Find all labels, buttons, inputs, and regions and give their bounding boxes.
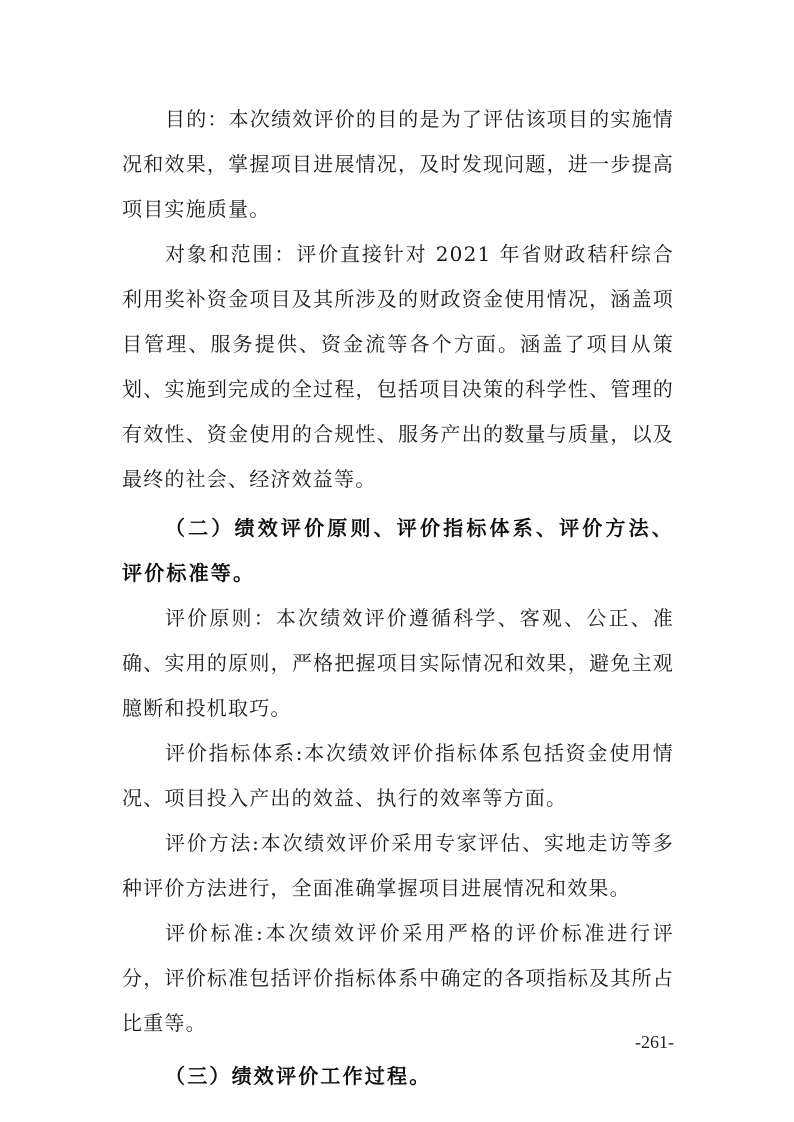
paragraph-evaluation-methods: 评价方法:本次绩效评价采用专家评估、实地走访等多种评价方法进行，全面准确掌握项目… — [122, 821, 674, 911]
page-number: -261- — [620, 1032, 674, 1053]
paragraph-evaluation-principles: 评价原则：本次绩效评价遵循科学、客观、公正、准确、实用的原则，严格把握项目实际情… — [122, 596, 674, 731]
section-heading-work-process: （三）绩效评价工作过程。 — [122, 1054, 674, 1099]
paragraph-purpose: 目的：本次绩效评价的目的是为了评估该项目的实施情况和效果，掌握项目进展情况，及时… — [122, 97, 674, 232]
paragraph-evaluation-standards: 评价标准:本次绩效评价采用严格的评价标准进行评分，评价标准包括评价指标体系中确定… — [122, 911, 674, 1046]
paragraph-indicator-system: 评价指标体系:本次绩效评价指标体系包括资金使用情况、项目投入产出的效益、执行的效… — [122, 731, 674, 821]
section-heading-evaluation-principles: （二）绩效评价原则、评价指标体系、评价方法、 评价标准等。 — [122, 506, 674, 596]
document-body: 目的：本次绩效评价的目的是为了评估该项目的实施情况和效果，掌握项目进展情况，及时… — [122, 97, 674, 1099]
document-page: 目的：本次绩效评价的目的是为了评估该项目的实施情况和效果，掌握项目进展情况，及时… — [0, 0, 794, 1122]
paragraph-scope: 对象和范围：评价直接针对 2021 年省财政秸秆综合利用奖补资金项目及其所涉及的… — [122, 232, 674, 502]
